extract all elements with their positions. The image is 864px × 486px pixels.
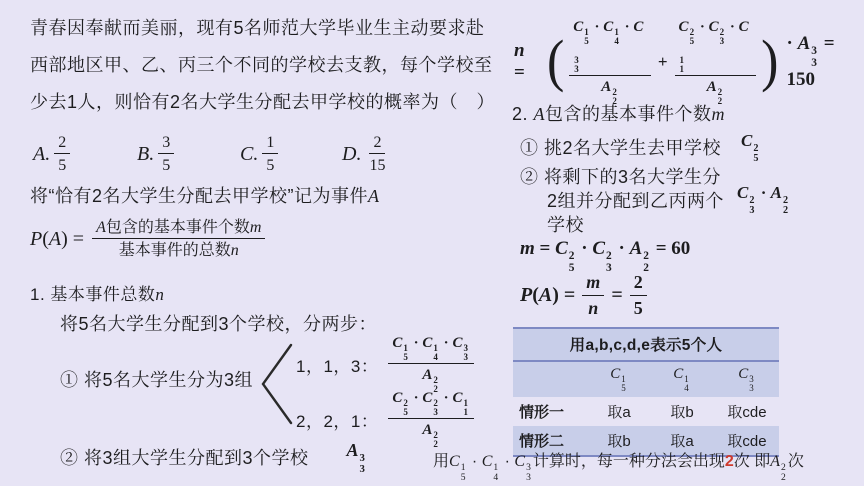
fraction-numerator: 2 (369, 133, 385, 154)
formula-lhs: n = (514, 40, 539, 84)
fraction-denominator: 5 (54, 154, 70, 175)
option-b-label: B. (137, 143, 154, 166)
pa-result-formula: P(A) = m n = 2 5 (520, 272, 647, 319)
step-m2-text: ② 将剩下的3名大学生分 2组并分配到乙丙两个 学校 (520, 165, 724, 237)
option-a: A. 2 5 (33, 133, 70, 175)
fraction-denominator: 5 (262, 154, 278, 175)
branch-bracket-icon (260, 342, 294, 426)
fraction-numerator: m (582, 272, 604, 296)
step-2-label: ② 将3组大学生分配到3个学校 (60, 444, 309, 470)
fraction-numerator: 2 (54, 133, 70, 154)
fraction-denominator: n (584, 296, 602, 320)
fraction-denominator: 5 (158, 154, 174, 175)
footnote-note: 用C15 · C14 · C33计算时，每一种分法会出现2次 即A22次 (433, 448, 863, 483)
formula-lhs: P(A) = (520, 284, 575, 307)
open-paren: ( (546, 36, 565, 88)
formula-tail: · A33 = 150 (786, 33, 864, 91)
option-b: B. 3 5 (137, 133, 174, 175)
plus-sign: + (658, 52, 668, 72)
fraction-numerator: 3 (158, 133, 174, 154)
option-b-fraction: 3 5 (158, 133, 174, 175)
step-m2-line-1: ② 将剩下的3名大学生分 (520, 165, 724, 189)
problem-line-3: 少去1人，则恰有2名大学生分配去甲学校的概率为（ ） (30, 84, 530, 121)
table-cell: 取b (649, 397, 715, 426)
option-a-label: A. (33, 143, 50, 166)
option-c-fraction: 1 5 (262, 133, 278, 175)
table-header-cell: C33 (715, 362, 779, 397)
fraction-numerator: A包含的基本事件个数m (92, 218, 265, 239)
table-header-cell: C15 (589, 362, 649, 397)
section-1-intro: 将5名大学生分配到3个学校，分两步： (60, 310, 377, 336)
option-d: D. 2 15 (342, 133, 389, 175)
n-result-formula: n = ( C15 · C14 · C33 A22 + C25 · C23 · … (514, 18, 864, 106)
slide: { "colors": { "background": "#e7e4f5", "… (0, 0, 864, 486)
footnote-text-pre: 用C15 · C14 · C33计算时，每一种分法会出现 (433, 453, 725, 470)
table-header-cell (513, 376, 589, 384)
fraction-denominator: 15 (365, 154, 389, 175)
fraction-numerator: C25 · C23 · C11 (388, 389, 474, 419)
event-definition: 将“恰有2名大学生分配去甲学校”记为事件A (30, 182, 380, 208)
step-m2-line-3: 学校 (520, 213, 724, 237)
table-row-label: 情形一 (513, 397, 589, 426)
case-1-row: 1，1，3： C15 · C14 · C33 A22 (296, 334, 474, 394)
equals-sign: = (611, 284, 622, 307)
pa-definition-formula: P(A) = A包含的基本事件个数m 基本事件的总数n (30, 218, 265, 260)
problem-line-2: 西部地区甲、乙、丙三个不同的学校去支教，每个学校至 (30, 47, 530, 84)
step-m1-label: ① 挑2名大学生去甲学校 (520, 134, 721, 160)
fraction-numerator: C25 · C23 · C11 (675, 18, 757, 76)
fraction-denominator: 5 (630, 296, 647, 320)
table-cell: 取cde (715, 397, 779, 426)
n-result-fraction-1: C15 · C14 · C33 A22 (569, 18, 651, 106)
step-1-label: ① 将5名大学生分为3组 (60, 366, 253, 392)
fraction-numerator: 2 (630, 272, 647, 296)
pa-result-fraction-value: 2 5 (630, 272, 647, 319)
option-d-fraction: 2 15 (365, 133, 389, 175)
problem-line-1: 青春因奉献而美丽，现有5名师范大学毕业生主动要求赴 (30, 10, 530, 47)
step-m2-formula: C23 · A22 (737, 183, 790, 216)
section-1-heading: 1. 基本事件总数n (30, 280, 164, 305)
table-cell: 取a (589, 397, 649, 426)
footnote-text-post: 次 即A22次 (734, 453, 804, 470)
close-paren: ) (760, 36, 779, 88)
case-2-fraction: C25 · C23 · C11 A22 (388, 389, 474, 449)
footnote-red-count: 2 (725, 453, 734, 470)
fraction-numerator: C15 · C14 · C33 (388, 334, 474, 364)
step-2-formula: A33 (347, 440, 367, 474)
fraction-numerator: C15 · C14 · C33 (569, 18, 651, 76)
step-m1-formula: C25 (741, 131, 760, 164)
case-2-label: 2，2，1： (296, 407, 378, 432)
step-2-row: ② 将3组大学生分配到3个学校 A33 (60, 440, 367, 474)
option-a-fraction: 2 5 (54, 133, 70, 175)
table-row: 情形一 取a 取b 取cde (513, 397, 779, 426)
section-2-heading: 2. A包含的基本事件个数m (512, 100, 725, 126)
table-header-cell: C14 (649, 362, 715, 397)
table-title: 用a,b,c,d,e表示5个人 (513, 329, 779, 362)
n-result-fraction-2: C25 · C23 · C11 A22 (675, 18, 757, 106)
table-header-row: C15 C14 C33 (513, 362, 779, 397)
m-result-formula: m = C25 · C23 · A22 = 60 (520, 238, 690, 274)
summary-table: 用a,b,c,d,e表示5个人 C15 C14 C33 情形一 取a 取b 取c… (513, 327, 779, 457)
case-1-fraction: C15 · C14 · C33 A22 (388, 334, 474, 394)
formula-lhs: P(A) = (30, 228, 84, 251)
step-m1-row: ① 挑2名大学生去甲学校 C25 (520, 131, 760, 164)
step-m2-line-2: 2组并分配到乙丙两个 (520, 189, 724, 213)
fraction-denominator: A22 (418, 419, 444, 449)
pa-result-fraction-mn: m n (582, 272, 604, 319)
option-d-label: D. (342, 143, 361, 166)
fraction-denominator: 基本事件的总数n (115, 239, 243, 260)
problem-statement: 青春因奉献而美丽，现有5名师范大学毕业生主动要求赴 西部地区甲、乙、丙三个不同的… (30, 10, 530, 121)
fraction-numerator: 1 (262, 133, 278, 154)
option-c-label: C. (240, 143, 258, 166)
pa-definition-fraction: A包含的基本事件个数m 基本事件的总数n (92, 218, 265, 260)
case-1-label: 1，1，3： (296, 352, 378, 377)
option-c: C. 1 5 (240, 133, 278, 175)
